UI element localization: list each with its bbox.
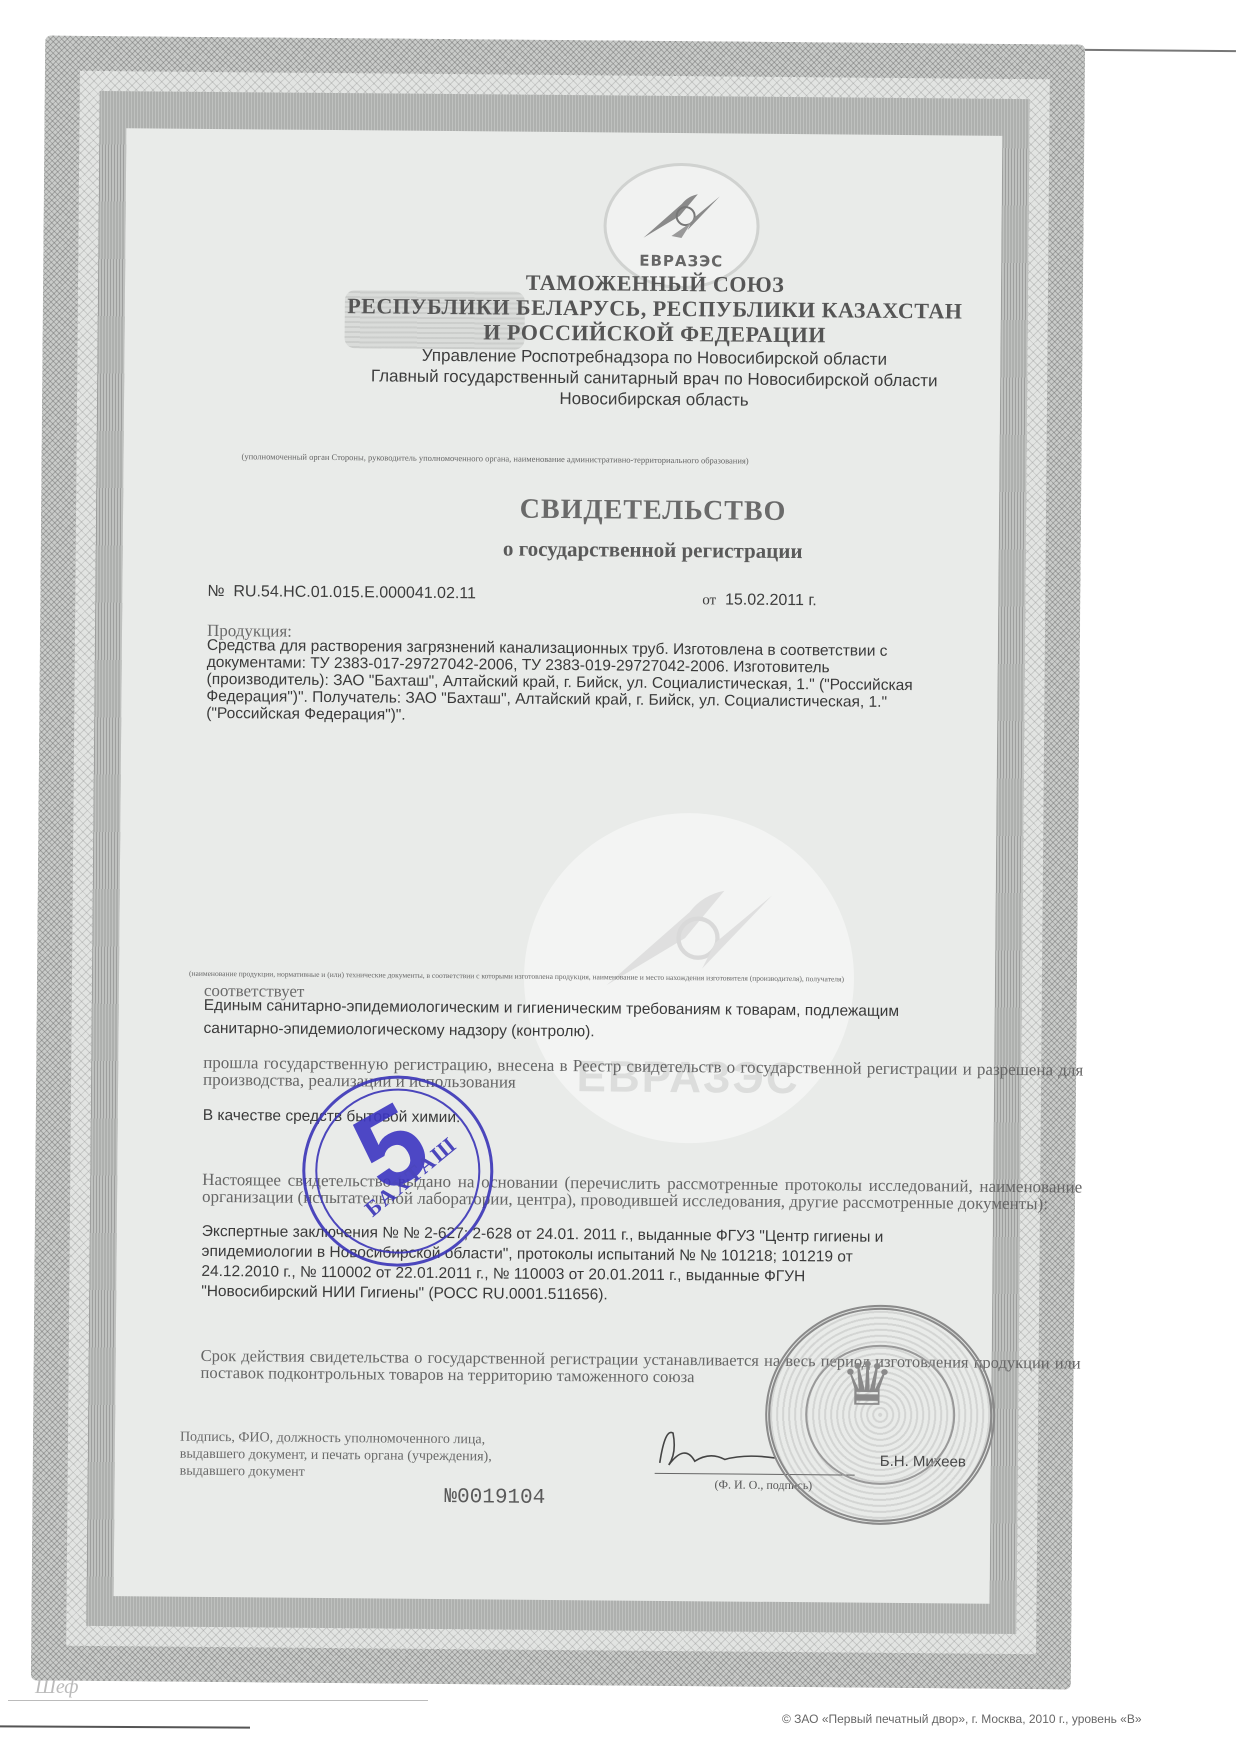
- certificate-body: ЕВРАЗЭС ЕВРАЗЭС ТАМОЖЕННЫЙ СОЮЗ РЕСПУБЛИ…: [114, 128, 1003, 1604]
- margin-handwriting: Шеф: [35, 1676, 78, 1699]
- scan-edge-line: [8, 1700, 428, 1701]
- conformity-text: Единым санитарно-эпидемиологическим и ги…: [203, 997, 1083, 1045]
- registration-number: № RU.54.НС.01.015.Е.000041.02.11: [207, 583, 476, 603]
- registration-statement: прошла государственную регистрацию, внес…: [203, 1054, 1083, 1096]
- number-sign: №: [207, 583, 224, 600]
- authority-seal-stamp: ♛: [764, 1304, 996, 1526]
- signature-caption-line: выдавшего документ: [180, 1463, 630, 1484]
- date-label: от: [702, 592, 716, 608]
- document-subtitle: о государственной регистрации: [253, 534, 1053, 566]
- watermark-bird-icon: [594, 872, 785, 1004]
- document-title: СВИДЕТЕЛЬСТВО: [253, 491, 1053, 530]
- blank-serial-number: №0019104: [444, 1486, 545, 1510]
- product-description: Средства для растворения загрязнений кан…: [206, 637, 1087, 730]
- registration-date-value: 15.02.2011 г.: [725, 591, 817, 609]
- authority-caption: (уполномоченный орган Стороны, руководит…: [241, 451, 748, 465]
- printer-copyright: © ЗАО «Первый печатный двор», г. Москва,…: [782, 1712, 1142, 1726]
- signature-caption: Подпись, ФИО, должность уполномоченного …: [180, 1429, 630, 1484]
- registration-date: от 15.02.2011 г.: [702, 591, 817, 610]
- registration-number-value: RU.54.НС.01.015.Е.000041.02.11: [233, 583, 476, 602]
- double-headed-eagle-icon: ♛: [840, 1349, 894, 1419]
- scan-edge-line: [0, 1725, 250, 1728]
- conformity-line: Единым санитарно-эпидемиологическим и ги…: [204, 997, 1084, 1022]
- certificate-sheet: ЕВРАЗЭС ЕВРАЗЭС ТАМОЖЕННЫЙ СОЮЗ РЕСПУБЛИ…: [31, 35, 1085, 1689]
- emblem-label: ЕВРАЗЭС: [639, 252, 723, 271]
- company-seal-stamp: 5 БАХТАШ: [301, 1075, 494, 1268]
- eurasec-bird-emblem-icon: [641, 186, 722, 247]
